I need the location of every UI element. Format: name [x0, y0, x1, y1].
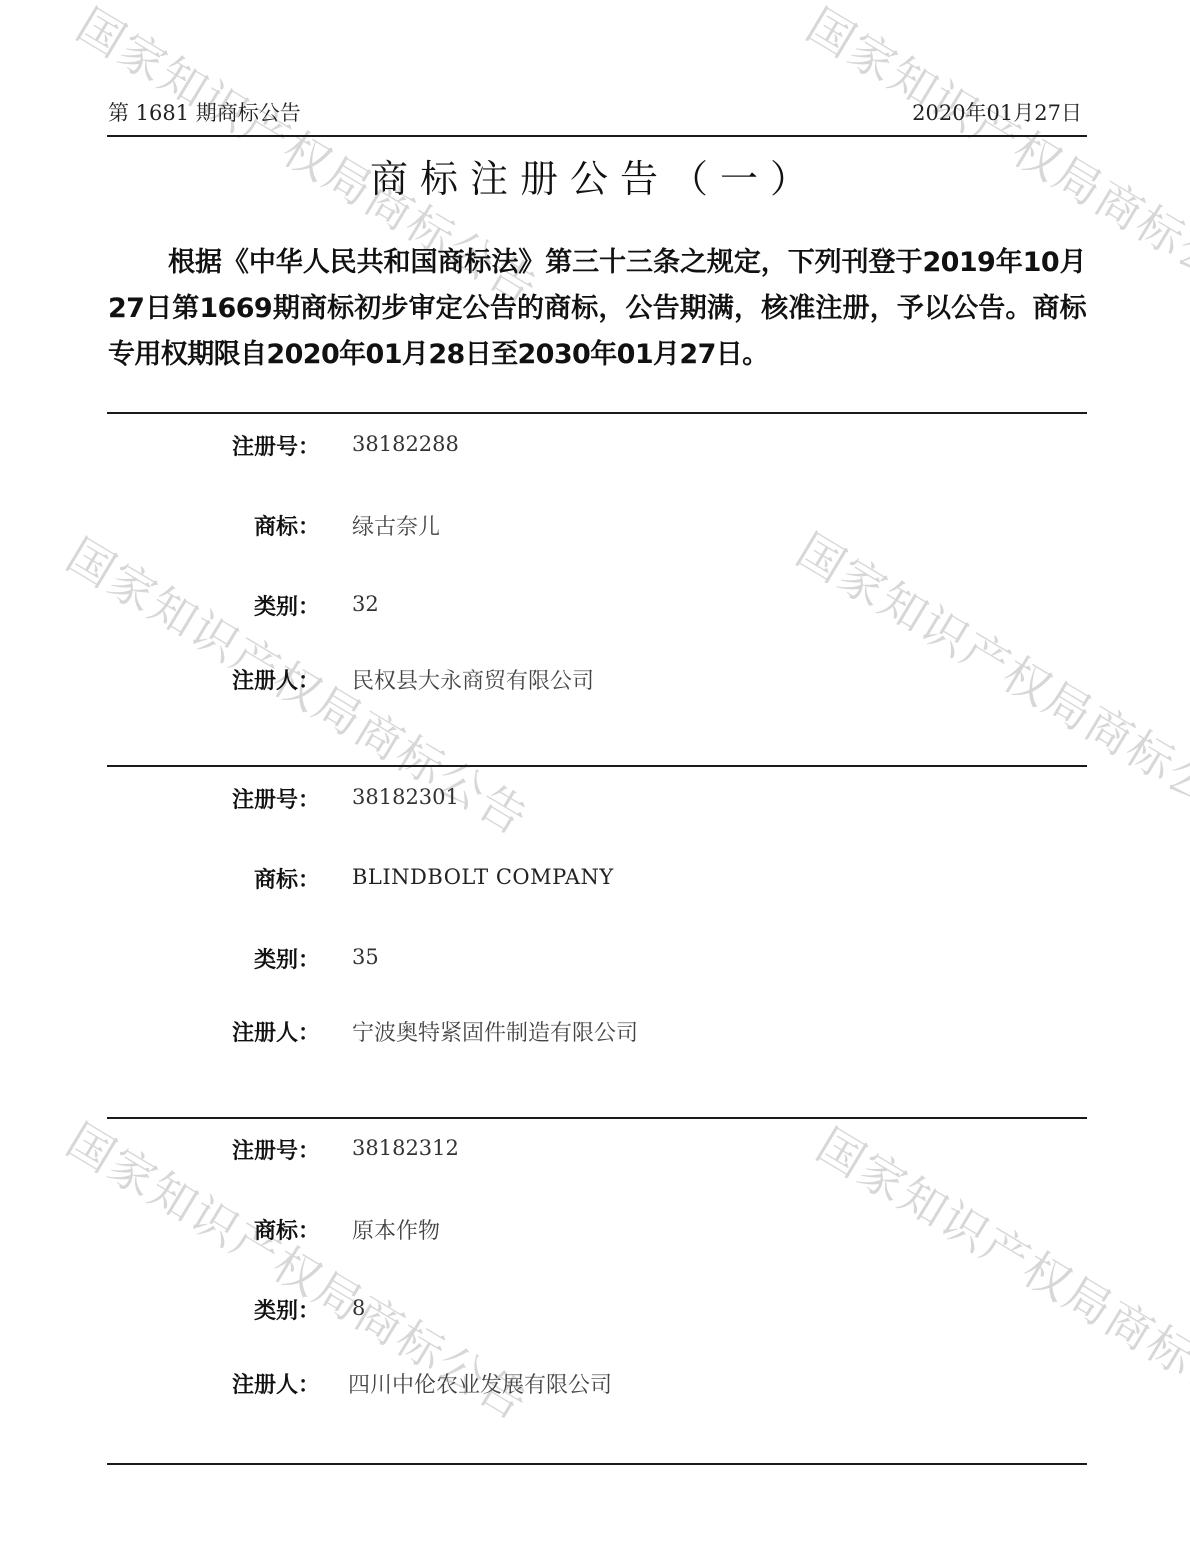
announcement-page: 国家知识产权局商标公告 国家知识产权局商标公告 国家知识产权局商标公告 国家知识… — [0, 0, 1190, 1564]
mark-value: 绿古奈儿 — [352, 510, 440, 541]
registrant-row: 注册人： 四川中伦农业发展有限公司 — [0, 1368, 1190, 1402]
reg-no-value: 38182312 — [352, 1136, 459, 1160]
entry-divider — [107, 1117, 1087, 1119]
mark-row: 商标： 绿古奈儿 — [0, 510, 1190, 544]
registrant-label: 注册人： — [232, 1016, 320, 1047]
registrant-value: 四川中伦农业发展有限公司 — [348, 1368, 612, 1399]
reg-no-label: 注册号： — [232, 1134, 320, 1165]
mark-label: 商标： — [254, 510, 320, 541]
mark-row: 商标： BLINDBOLT COMPANY — [0, 863, 1190, 897]
footer-divider — [107, 1463, 1087, 1465]
registrant-value: 宁波奥特紧固件制造有限公司 — [352, 1016, 638, 1047]
page-title: 商标注册公告（一） — [0, 148, 1190, 203]
class-row: 类别： 35 — [0, 943, 1190, 977]
mark-value: 原本作物 — [352, 1214, 440, 1245]
reg-no-row: 注册号： 38182301 — [0, 783, 1190, 817]
class-value: 35 — [352, 945, 379, 969]
header-divider — [107, 135, 1087, 137]
reg-no-value: 38182301 — [352, 785, 459, 809]
mark-value: BLINDBOLT COMPANY — [352, 865, 614, 889]
class-value: 32 — [352, 592, 379, 616]
class-label: 类别： — [254, 943, 320, 974]
registrant-value: 民权县大永商贸有限公司 — [352, 664, 594, 695]
mark-label: 商标： — [254, 1214, 320, 1245]
registrant-label: 注册人： — [232, 664, 320, 695]
issue-number: 第 1681 期商标公告 — [108, 97, 301, 127]
reg-no-label: 注册号： — [232, 430, 320, 461]
registrant-row: 注册人： 民权县大永商贸有限公司 — [0, 664, 1190, 698]
issue-date: 2020年01月27日 — [912, 97, 1082, 127]
registrant-row: 注册人： 宁波奥特紧固件制造有限公司 — [0, 1016, 1190, 1050]
intro-paragraph: 根据《中华人民共和国商标法》第三十三条之规定，下列刊登于2019年10月27日第… — [108, 240, 1086, 378]
class-row: 类别： 32 — [0, 590, 1190, 624]
reg-no-label: 注册号： — [232, 783, 320, 814]
reg-no-row: 注册号： 38182312 — [0, 1134, 1190, 1168]
class-label: 类别： — [254, 590, 320, 621]
mark-label: 商标： — [254, 863, 320, 894]
reg-no-value: 38182288 — [352, 432, 459, 456]
class-value: 8 — [352, 1296, 365, 1320]
entry-divider — [107, 765, 1087, 767]
entry-divider — [107, 412, 1087, 414]
class-label: 类别： — [254, 1294, 320, 1325]
registrant-label: 注册人： — [232, 1368, 320, 1399]
mark-row: 商标： 原本作物 — [0, 1214, 1190, 1248]
reg-no-row: 注册号： 38182288 — [0, 430, 1190, 464]
class-row: 类别： 8 — [0, 1294, 1190, 1328]
